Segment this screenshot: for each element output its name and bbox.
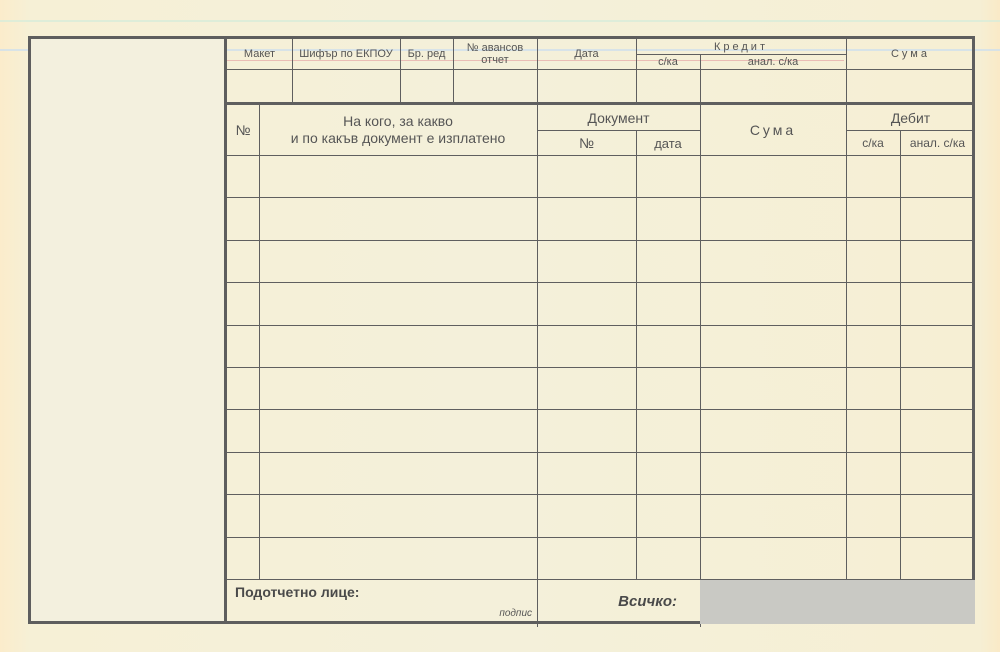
row-debit-anal-cell[interactable] (900, 325, 975, 367)
row-debit-ska-cell[interactable] (846, 409, 900, 451)
divider (227, 197, 975, 198)
row-doc-date-cell[interactable] (636, 409, 700, 451)
divider (227, 367, 975, 368)
row-suma-cell[interactable] (700, 197, 846, 239)
row-description-cell[interactable] (259, 537, 537, 579)
avansov-otchet-input[interactable] (453, 69, 537, 103)
col-debit-ska-header: с/ка (846, 131, 900, 155)
row-no-cell[interactable] (227, 494, 259, 536)
divider (227, 325, 975, 326)
divider (227, 452, 975, 453)
row-description-cell[interactable] (259, 494, 537, 536)
header-br-red-label: Бр. ред (400, 39, 453, 69)
accountable-person-signature-field[interactable] (377, 583, 532, 607)
divider (292, 39, 293, 103)
header-avansov-line1: № авансов (467, 42, 523, 54)
row-suma-cell[interactable] (700, 367, 846, 409)
signature-caption: подпис (467, 607, 532, 621)
row-no-cell[interactable] (227, 452, 259, 494)
row-description-cell[interactable] (259, 197, 537, 239)
shifar-input[interactable] (292, 69, 400, 103)
divider (227, 494, 975, 495)
row-description-cell[interactable] (259, 452, 537, 494)
row-doc-no-cell[interactable] (537, 282, 636, 324)
row-description-cell[interactable] (259, 409, 537, 451)
maket-input[interactable] (227, 69, 292, 103)
row-debit-anal-cell[interactable] (900, 155, 975, 197)
col-debit-anal-header: анал. с/ка (900, 131, 975, 155)
row-no-cell[interactable] (227, 155, 259, 197)
col-document-date-header: дата (636, 131, 700, 155)
divider (453, 39, 454, 103)
divider (846, 105, 847, 579)
total-value[interactable] (700, 580, 846, 624)
divider (227, 537, 975, 538)
row-debit-ska-cell[interactable] (846, 367, 900, 409)
advance-report-form: Макет Шифър по ЕКПОУ Бр. ред № авансов о… (224, 36, 975, 624)
row-doc-no-cell[interactable] (537, 240, 636, 282)
row-doc-date-cell[interactable] (636, 494, 700, 536)
row-debit-ska-cell[interactable] (846, 240, 900, 282)
guide-line (0, 20, 1000, 22)
row-suma-cell[interactable] (700, 452, 846, 494)
row-doc-date-cell[interactable] (636, 282, 700, 324)
row-suma-cell[interactable] (700, 409, 846, 451)
row-suma-cell[interactable] (700, 325, 846, 367)
row-no-cell[interactable] (227, 367, 259, 409)
header-avansov-otchet-label: № авансов отчет (453, 39, 537, 69)
divider (900, 130, 901, 579)
header-kredit-ska-label: с/ка (636, 55, 700, 69)
divider (700, 54, 701, 103)
row-doc-date-cell[interactable] (636, 537, 700, 579)
header-maket-label: Макет (227, 39, 292, 69)
col-suma-header: Сума (700, 105, 846, 155)
header-kredit-label: Кредит (636, 39, 846, 55)
col-description-header: На кого, за какво и по какъв документ е … (259, 105, 537, 155)
kredit-anal-input[interactable] (700, 69, 846, 103)
row-description-cell[interactable] (259, 325, 537, 367)
divider (537, 105, 538, 627)
divider (636, 39, 637, 103)
col-debit-header: Дебит (846, 105, 975, 131)
row-debit-anal-cell[interactable] (900, 197, 975, 239)
row-description-cell[interactable] (259, 155, 537, 197)
row-debit-ska-cell[interactable] (846, 494, 900, 536)
row-doc-no-cell[interactable] (537, 197, 636, 239)
col-document-header: Документ (537, 105, 700, 131)
header-avansov-line2: отчет (481, 54, 508, 66)
divider (259, 105, 260, 579)
row-debit-ska-cell[interactable] (846, 325, 900, 367)
br-red-input[interactable] (400, 69, 453, 103)
row-description-cell[interactable] (259, 282, 537, 324)
row-no-cell[interactable] (227, 282, 259, 324)
row-doc-date-cell[interactable] (636, 452, 700, 494)
divider (227, 282, 975, 283)
row-doc-no-cell[interactable] (537, 367, 636, 409)
row-debit-anal-cell[interactable] (900, 494, 975, 536)
row-doc-no-cell[interactable] (537, 155, 636, 197)
total-label: Всичко: (537, 587, 677, 617)
divider (700, 105, 701, 627)
row-debit-ska-cell[interactable] (846, 282, 900, 324)
row-doc-date-cell[interactable] (636, 325, 700, 367)
row-description-cell[interactable] (259, 367, 537, 409)
row-debit-ska-cell[interactable] (846, 155, 900, 197)
col-description-line1: На кого, за какво (343, 113, 453, 130)
row-no-cell[interactable] (227, 240, 259, 282)
row-debit-anal-cell[interactable] (900, 452, 975, 494)
row-debit-ska-cell[interactable] (846, 537, 900, 579)
row-doc-date-cell[interactable] (636, 367, 700, 409)
divider (400, 39, 401, 103)
row-doc-no-cell[interactable] (537, 537, 636, 579)
row-no-cell[interactable] (227, 537, 259, 579)
divider (846, 39, 847, 103)
row-debit-anal-cell[interactable] (900, 367, 975, 409)
row-suma-cell[interactable] (700, 240, 846, 282)
row-suma-cell[interactable] (700, 155, 846, 197)
row-debit-anal-cell[interactable] (900, 240, 975, 282)
row-doc-date-cell[interactable] (636, 197, 700, 239)
row-debit-anal-cell[interactable] (900, 409, 975, 451)
divider (636, 54, 846, 55)
row-doc-date-cell[interactable] (636, 240, 700, 282)
row-doc-no-cell[interactable] (537, 494, 636, 536)
row-debit-ska-cell[interactable] (846, 452, 900, 494)
stub-panel (28, 36, 224, 624)
row-debit-anal-cell[interactable] (900, 537, 975, 579)
divider (537, 130, 700, 131)
row-no-cell[interactable] (227, 409, 259, 451)
row-doc-no-cell[interactable] (537, 452, 636, 494)
header-data-label: Дата (537, 39, 636, 69)
divider (227, 409, 975, 410)
kredit-ska-input[interactable] (636, 69, 700, 103)
row-debit-anal-cell[interactable] (900, 282, 975, 324)
col-no-header: № (227, 105, 259, 155)
row-doc-no-cell[interactable] (537, 409, 636, 451)
row-no-cell[interactable] (227, 197, 259, 239)
divider (227, 240, 975, 241)
data-input[interactable] (537, 69, 636, 103)
header-suma-label: Сума (846, 39, 975, 69)
row-doc-no-cell[interactable] (537, 325, 636, 367)
header-kredit-anal-label: анал. с/ка (700, 55, 846, 69)
suma-header-input[interactable] (846, 69, 975, 103)
divider (227, 69, 975, 70)
row-suma-cell[interactable] (700, 282, 846, 324)
row-debit-ska-cell[interactable] (846, 197, 900, 239)
row-suma-cell[interactable] (700, 494, 846, 536)
row-suma-cell[interactable] (700, 537, 846, 579)
col-document-no-header: № (537, 131, 636, 155)
row-description-cell[interactable] (259, 240, 537, 282)
divider (636, 130, 637, 579)
row-doc-date-cell[interactable] (636, 155, 700, 197)
col-description-line2: и по какъв документ е изплатено (291, 130, 506, 147)
row-no-cell[interactable] (227, 325, 259, 367)
divider (846, 130, 975, 131)
divider (537, 39, 538, 103)
header-shifar-label: Шифър по ЕКПОУ (292, 39, 400, 69)
